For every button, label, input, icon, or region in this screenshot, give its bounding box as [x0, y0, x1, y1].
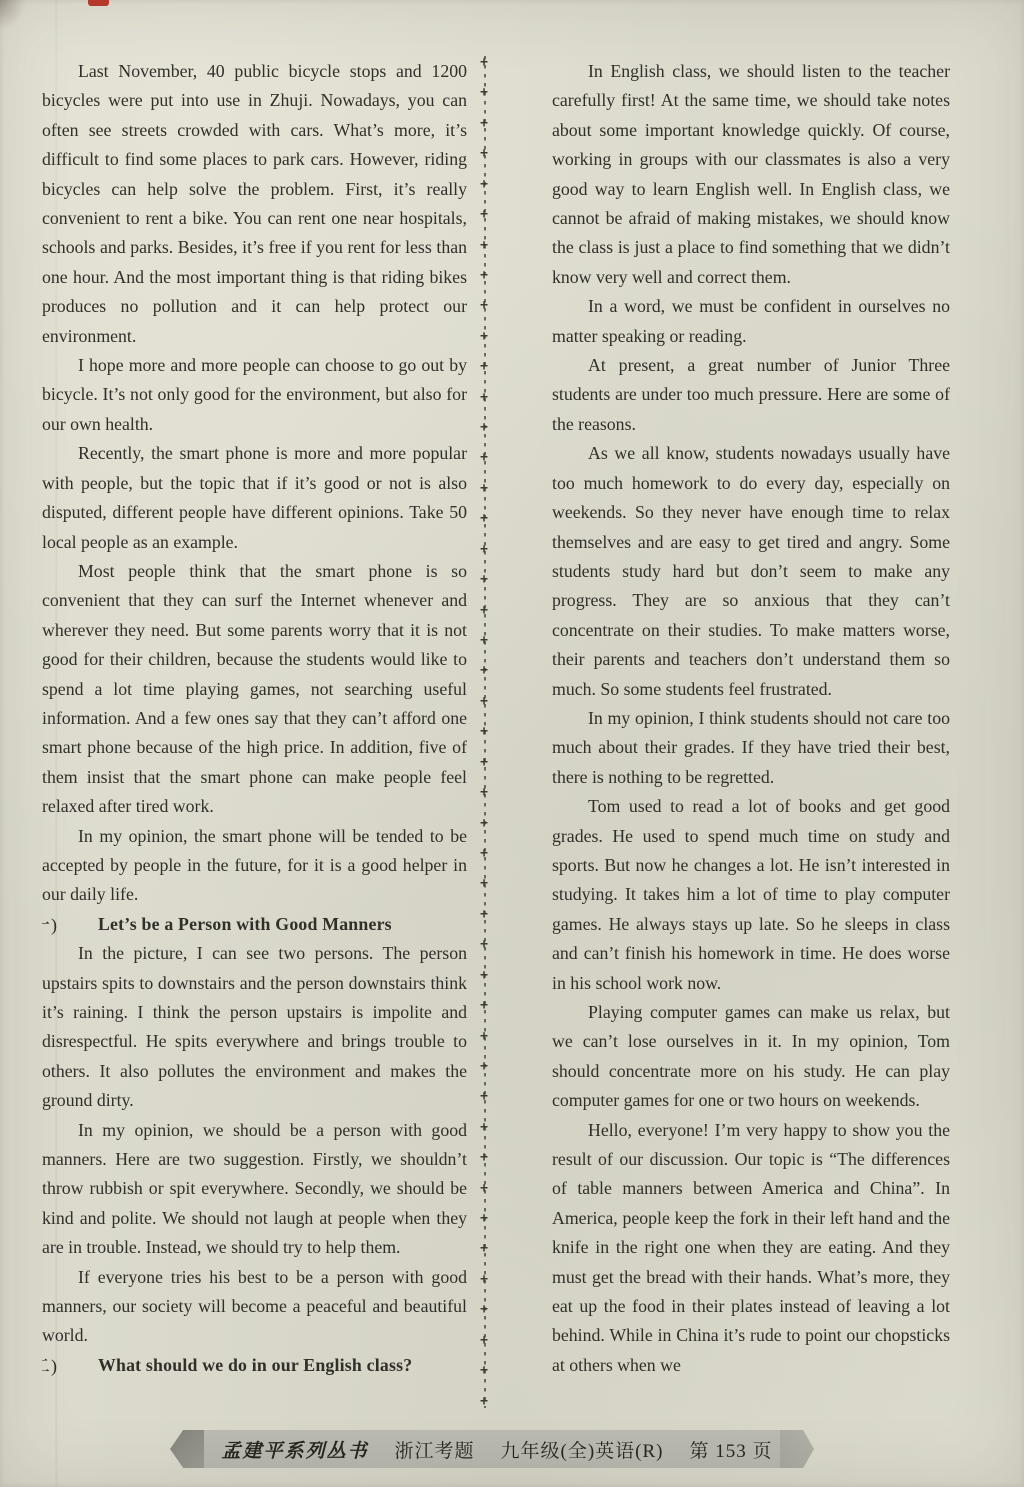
passage-title: Let’s be a Person with Good Manners — [42, 910, 467, 939]
passage-paragraph: If everyone tries his best to be a perso… — [42, 1263, 467, 1351]
passage-section: In English class, we should listen to th… — [552, 57, 950, 351]
passage-section: (十一)Let’s be a Person with Good MannersI… — [42, 910, 467, 1351]
section-label: (十一) — [42, 911, 58, 940]
left-text-column: (九)Last November, 40 public bicycle stop… — [42, 57, 467, 1417]
passage-section: (九)Last November, 40 public bicycle stop… — [42, 57, 467, 439]
column-divider-cut-line: ++++++++++++++++++++++++++++++++++++++++… — [477, 56, 491, 1408]
passage-section: (十二)What should we do in our English cla… — [42, 1351, 467, 1380]
footer-page-number: 第 153 页 — [690, 1436, 773, 1463]
passage-section: (十三)At present, a great number of Junior… — [552, 351, 950, 792]
passage-paragraph: In English class, we should listen to th… — [552, 57, 950, 292]
footer-series-name: 孟建平系列丛书 — [221, 1436, 368, 1463]
passage-paragraph: Most people think that the smart phone i… — [42, 557, 467, 822]
right-text-column: In English class, we should listen to th… — [552, 57, 950, 1417]
passage-paragraph: Last November, 40 public bicycle stops a… — [42, 57, 467, 351]
passage-paragraph: Recently, the smart phone is more and mo… — [42, 439, 467, 557]
banner-right-arrow-icon — [780, 1430, 814, 1468]
footer-banner: 孟建平系列丛书 浙江考题 九年级(全)英语(R) 第 153 页 — [170, 1430, 814, 1468]
footer-book-name: 九年级(全)英语(R) — [501, 1436, 664, 1463]
passage-paragraph: In my opinion, we should be a person wit… — [42, 1116, 467, 1263]
divider-plus-marks: ++++++++++++++++++++++++++++++++++++++++… — [477, 56, 491, 1408]
passage-paragraph: Playing computer games can make us relax… — [552, 998, 950, 1116]
page-corner-shadow — [0, 0, 26, 30]
passage-paragraph: Tom used to read a lot of books and get … — [552, 792, 950, 998]
section-label: (十二) — [42, 1352, 58, 1381]
passage-paragraph: As we all know, students nowadays usuall… — [552, 439, 950, 704]
footer-exam-name: 浙江考题 — [395, 1436, 475, 1463]
page-edge-red-mark — [88, 0, 109, 6]
passage-paragraph: I hope more and more people can choose t… — [42, 351, 467, 439]
passage-paragraph: Hello, everyone! I’m very happy to show … — [552, 1116, 950, 1381]
passage-section: (十)Recently, the smart phone is more and… — [42, 439, 467, 910]
passage-title: What should we do in our English class? — [42, 1351, 467, 1380]
passage-paragraph: In a word, we must be confident in ourse… — [552, 292, 950, 351]
passage-paragraph: In my opinion, the smart phone will be t… — [42, 822, 467, 910]
passage-paragraph: At present, a great number of Junior Thr… — [552, 351, 950, 439]
footer-banner-body: 孟建平系列丛书 浙江考题 九年级(全)英语(R) 第 153 页 — [204, 1430, 790, 1468]
scanned-book-page: (九)Last November, 40 public bicycle stop… — [0, 0, 1024, 1487]
passage-paragraph: In my opinion, I think students should n… — [552, 704, 950, 792]
passage-paragraph: In the picture, I can see two persons. T… — [42, 939, 467, 1115]
passage-section: (十四)Tom used to read a lot of books and … — [552, 792, 950, 1380]
